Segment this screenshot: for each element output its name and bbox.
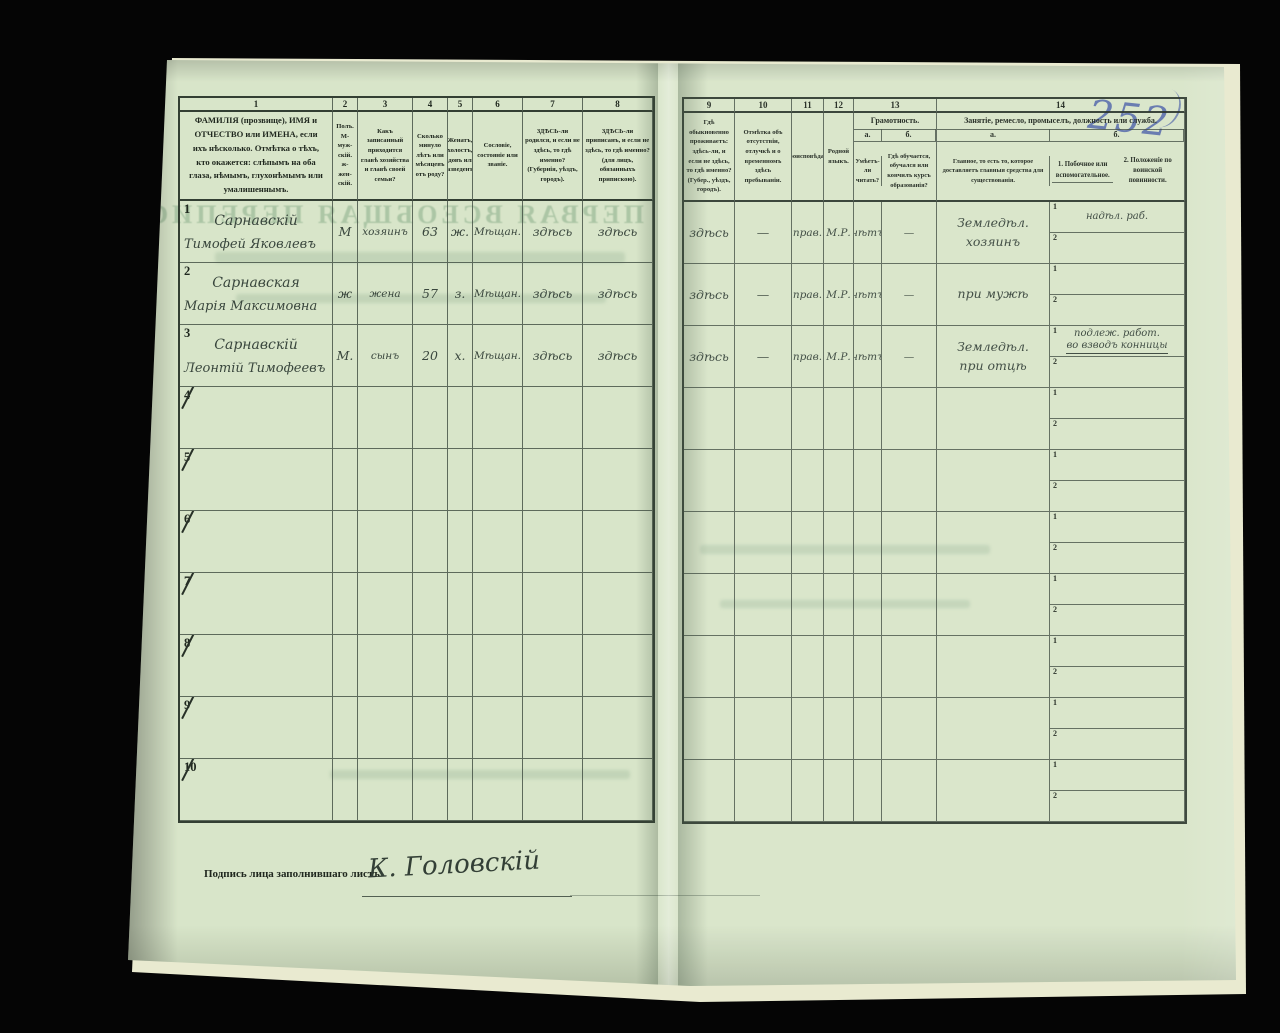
sub-row-label: 2 [1053,357,1057,366]
cell-age [413,387,448,449]
cell-occupation-main [937,636,1050,698]
cell-registration [583,511,653,573]
cell-marital [448,759,473,821]
header-literacy-a-label: а. [854,129,882,142]
cell-absence: — [735,202,792,264]
cell-relation: жена [358,263,413,325]
column-number: 6 [473,98,523,112]
sub-row-label: 2 [1053,791,1057,800]
cell-birthplace [523,449,583,511]
cell-registration [583,635,653,697]
cell-occupation-main [937,698,1050,760]
cell-relation: хозяинъ [358,201,413,263]
cell-sex: М. [333,325,358,387]
cell-age [413,511,448,573]
column-number: 8 [583,98,653,112]
paper-edge-shadow-left [118,0,178,1033]
occupation-side-sub2: 2 [1050,543,1184,574]
occupation-main-line2: хозяинъ [966,233,1020,252]
cell-estate [473,759,523,821]
side-occupation-line1: надѣл. раб. [1086,211,1148,224]
cell-relation [358,449,413,511]
column-number: 14 [937,99,1185,113]
sub-row-label: 2 [1053,481,1057,490]
cell-occupation-side: 1 2 [1050,760,1185,822]
occupation-side-sub2: 2 [1050,791,1184,822]
sub-row-label: 1 [1053,264,1057,273]
cell-language [824,574,854,636]
occupation-main-line1: Земледѣл. [957,214,1029,233]
header-occupation-main: Главное, то есть то, которое доставляетъ… [937,156,1050,187]
cell-name: 10 [180,759,333,821]
given-name-handwriting: Леонтій Тимофеевъ [182,361,330,376]
cell-religion [792,574,824,636]
cell-estate [473,697,523,759]
cell-religion: прав. [792,326,824,388]
cell-residence [684,388,735,450]
cell-marital: х. [448,325,473,387]
cell-literacy-school [882,574,937,636]
surname-handwriting: Сарнавская [182,275,330,291]
column-number: 1 [180,98,333,112]
cell-sex [333,759,358,821]
column-number: 5 [448,98,473,112]
cell-language [824,512,854,574]
header-sex: Полъ. М-муж-скій. ж-жен-скій. [333,112,358,201]
cell-residence [684,760,735,822]
cell-name: 1 Сарнавскій Тимофей Яковлевъ [180,201,333,263]
cell-language [824,450,854,512]
sub-row-label: 2 [1053,419,1057,428]
cell-name: 4 [180,387,333,449]
cell-literacy-school [882,760,937,822]
cell-registration: здѣсь [583,325,653,387]
cell-estate [473,635,523,697]
cell-birthplace: здѣсь [523,201,583,263]
occupation-side-sub1: 1 [1050,450,1184,481]
cell-occupation-main [937,450,1050,512]
column-number: 3 [358,98,413,112]
sub-row-label: 2 [1053,233,1057,242]
cell-estate: Мѣщан. [473,263,523,325]
cell-sex [333,511,358,573]
cell-sex: ж [333,263,358,325]
cell-name: 8 [180,635,333,697]
cell-occupation-main [937,574,1050,636]
given-name-handwriting: Тимофей Яковлевъ [182,237,330,252]
cell-relation [358,573,413,635]
cell-birthplace [523,387,583,449]
occupation-main-line1: Земледѣл. [957,338,1029,357]
cell-registration: здѣсь [583,201,653,263]
row-number: 9 [184,698,190,713]
header-literacy-read: Умѣетъ-ли читать? [854,156,882,187]
cell-age [413,759,448,821]
occupation-side-sub2: 2 [1050,419,1184,450]
column-number: 2 [333,98,358,112]
cell-residence [684,698,735,760]
cell-absence: — [735,264,792,326]
cell-marital [448,511,473,573]
occupation-side-sub1: 1 [1050,264,1184,295]
cell-relation [358,511,413,573]
cell-relation: сынъ [358,325,413,387]
occupation-side-sub2: 2 [1050,295,1184,326]
occupation-side-sub1: 1 [1050,636,1184,667]
cell-age: 57 [413,263,448,325]
header-birthplace: ЗДѢСЬ-ли родился, и если не здѣсь, то гд… [523,112,583,201]
cell-estate [473,387,523,449]
cell-estate: Мѣщан. [473,325,523,387]
cell-absence: — [735,326,792,388]
occupation-side-sub1: 1 [1050,388,1184,419]
sub-row-label: 1 [1053,326,1057,335]
cell-occupation-main [937,388,1050,450]
column-number: 4 [413,98,448,112]
cell-absence [735,388,792,450]
sub-row-label: 1 [1053,574,1057,583]
cell-age: 20 [413,325,448,387]
cell-residence [684,512,735,574]
header-occupation-title: Занятіе, ремесло, промыселъ, должность и… [937,113,1184,130]
cell-religion [792,636,824,698]
header-occupation-side-2: 2. Положеніе по воинской повинности. [1113,155,1182,188]
cell-religion [792,512,824,574]
cell-age [413,635,448,697]
cell-language [824,636,854,698]
cell-occupation-main: Земледѣл. при отцѣ [937,326,1050,388]
cell-sex [333,635,358,697]
surname-handwriting: Сарнавскій [182,213,330,229]
cell-literacy-read [854,574,882,636]
fold-crease-highlight [658,0,678,1033]
cell-name: 3 Сарнавскій Леонтій Тимофеевъ [180,325,333,387]
side-occupation-line2: во взводъ конницы [1066,340,1167,354]
occupation-side-sub2: 2 [1050,729,1184,760]
cell-registration [583,449,653,511]
cell-age [413,697,448,759]
sub-row-label: 1 [1053,760,1057,769]
cell-literacy-school: — [882,326,937,388]
cell-name: 6 [180,511,333,573]
column-number: 10 [735,99,792,113]
sub-row-label: 2 [1053,543,1057,552]
sub-row-label: 2 [1053,605,1057,614]
cell-occupation-side: 1 подлеж. работ. во взводъ конницы 2 [1050,326,1185,388]
cell-marital: ж. [448,201,473,263]
cell-religion [792,450,824,512]
header-registration: ЗДѢСЬ-ли приписанъ, и если не здѣсь, то … [583,112,653,201]
cell-literacy-school: — [882,264,937,326]
cell-estate: Мѣщан. [473,201,523,263]
cell-literacy-read [854,636,882,698]
cell-birthplace [523,511,583,573]
header-language: Родной языкъ. [824,113,854,202]
occupation-side-sub1: 1 [1050,698,1184,729]
occupation-side-sub1: 1 [1050,574,1184,605]
row-number: 2 [184,264,190,279]
signature-handwriting: К. Головскій [367,846,540,885]
cell-birthplace: здѣсь [523,325,583,387]
cell-occupation-main: Земледѣл. хозяинъ [937,202,1050,264]
cell-relation [358,759,413,821]
cell-birthplace [523,759,583,821]
cell-sex [333,697,358,759]
cell-language: М.Р. [824,264,854,326]
cell-language: М.Р. [824,202,854,264]
cell-residence [684,450,735,512]
header-absence: Отмѣтка объ отсутствіи, отлучкѣ и о врем… [735,113,792,202]
cell-birthplace [523,635,583,697]
cell-literacy-school [882,450,937,512]
cell-absence [735,574,792,636]
header-literacy-title: Грамотность. [854,113,936,130]
row-number: 4 [184,388,190,403]
column-number: 12 [824,99,854,113]
cell-absence [735,450,792,512]
cell-sex: М [333,201,358,263]
occupation-main-line1: при мужѣ [958,285,1029,304]
cell-literacy-read [854,388,882,450]
cell-literacy-school [882,698,937,760]
cell-residence: здѣсь [684,326,735,388]
sub-row-label: 2 [1053,729,1057,738]
row-number: 3 [184,326,190,341]
sub-row-label: 2 [1053,295,1057,304]
occupation-side-sub1: 1 подлеж. работ. во взводъ конницы [1050,326,1184,357]
column-number: 7 [523,98,583,112]
cell-name: 9 [180,697,333,759]
occupation-side-sub2: 2 [1050,667,1184,698]
cell-religion: прав. [792,202,824,264]
cell-marital [448,573,473,635]
cell-occupation-main [937,760,1050,822]
sub-row-label: 1 [1053,512,1057,521]
header-estate: Сословіе, состояніе или званіе. [473,112,523,201]
cell-relation [358,635,413,697]
header-occupation: Занятіе, ремесло, промыселъ, должность и… [937,113,1185,202]
census-table-left-page: 1 2 3 4 5 6 7 8 ФАМИЛІЯ (прозвище), ИМЯ … [178,96,655,823]
header-religion: Вѣроисповѣданіе. [792,113,824,202]
sub-row-label: 2 [1053,667,1057,676]
cell-occupation-side: 1 2 [1050,388,1185,450]
cell-occupation-side: 1 2 [1050,574,1185,636]
sub-row-label: 1 [1053,202,1057,211]
cell-language: М.Р. [824,326,854,388]
header-literacy: Грамотность. а. б. Умѣетъ-ли читать? Гдѣ… [854,113,937,202]
row-number: 8 [184,636,190,651]
cell-literacy-read: нѣтъ [854,202,882,264]
cell-religion [792,760,824,822]
cell-absence [735,760,792,822]
cell-language [824,760,854,822]
cell-literacy-read [854,512,882,574]
cell-language [824,698,854,760]
cell-literacy-school [882,512,937,574]
header-occupation-b-label: б. [1050,129,1184,142]
cell-sex [333,573,358,635]
cell-literacy-school [882,388,937,450]
cell-marital: з. [448,263,473,325]
cell-name: 5 [180,449,333,511]
occupation-side-sub2: 2 [1050,233,1184,264]
occupation-main-line2: при отцѣ [959,357,1026,376]
row-number: 1 [184,202,190,217]
cell-residence: здѣсь [684,264,735,326]
cell-literacy-read [854,450,882,512]
header-residence: Гдѣ обыкновенно проживаетъ: здѣсь-ли, и … [684,113,735,202]
sub-row-label: 1 [1053,388,1057,397]
cell-sex [333,449,358,511]
cell-residence: здѣсь [684,202,735,264]
sub-row-label: 1 [1053,636,1057,645]
row-number: 10 [184,760,197,775]
row-number: 5 [184,450,190,465]
cell-registration [583,387,653,449]
cell-occupation-main: при мужѣ [937,264,1050,326]
sub-row-label: 1 [1053,450,1057,459]
cell-literacy-read [854,760,882,822]
cell-occupation-side: 1 2 [1050,264,1185,326]
cell-language [824,388,854,450]
header-occupation-side: 1. Побочное или вспомогательное. 2. Поло… [1050,154,1184,189]
cell-birthplace [523,697,583,759]
cell-literacy-read: нѣтъ [854,326,882,388]
signature-underline [362,896,572,897]
occupation-side-sub1: 1 [1050,760,1184,791]
header-literacy-b-label: б. [882,129,936,142]
cell-occupation-side: 1 2 [1050,698,1185,760]
cell-literacy-read [854,698,882,760]
header-occupation-a-label: а. [937,129,1050,142]
cell-absence [735,698,792,760]
cell-residence [684,574,735,636]
cell-marital [448,449,473,511]
cell-occupation-side: 1 2 [1050,512,1185,574]
census-scan: ПЕРВАЯ ВСЕОБЩАЯ ПЕРЕПИСЬ 252 1 2 3 4 5 6… [0,0,1280,1033]
cell-relation [358,697,413,759]
header-surname: ФАМИЛІЯ (прозвище), ИМЯ и ОТЧЕСТВО или И… [180,112,333,201]
header-occupation-side-1: 1. Побочное или вспомогательное. [1052,159,1113,182]
occupation-side-sub1: 1 надѣл. раб. [1050,202,1184,233]
cell-literacy-read: нѣтъ [854,264,882,326]
side-occupation-line1: подлеж. работ. [1074,328,1160,341]
cell-age [413,573,448,635]
column-number: 13 [854,99,937,113]
cell-absence [735,512,792,574]
signature-underline-faint [570,895,760,896]
sub-row-label: 1 [1053,698,1057,707]
cell-registration: здѣсь [583,263,653,325]
signature-label: Подпись лица заполнившаго листъ [204,868,380,880]
header-relation: Какъ записанный приходится главѣ хозяйст… [358,112,413,201]
cell-marital [448,635,473,697]
paper-edge-shadow-top [0,52,1280,82]
cell-occupation-main [937,512,1050,574]
row-number: 6 [184,512,190,527]
census-table-right-page: 9 10 11 12 13 14 Гдѣ обыкновенно прожива… [682,97,1187,824]
cell-registration [583,759,653,821]
cell-religion [792,388,824,450]
cell-absence [735,636,792,698]
cell-residence [684,636,735,698]
cell-age [413,449,448,511]
cell-occupation-side: 1 надѣл. раб. 2 [1050,202,1185,264]
cell-occupation-side: 1 2 [1050,636,1185,698]
cell-birthplace: здѣсь [523,263,583,325]
cell-age: 63 [413,201,448,263]
cell-marital [448,697,473,759]
cell-name: 7 [180,573,333,635]
occupation-side-sub1: 1 [1050,512,1184,543]
cell-marital [448,387,473,449]
cell-religion: прав. [792,264,824,326]
cell-name: 2 Сарнавская Марія Максимовна [180,263,333,325]
column-number: 11 [792,99,824,113]
cell-relation [358,387,413,449]
header-marital: Женатъ, холостъ, вдовъ или разведенъ? [448,112,473,201]
header-literacy-school: Гдѣ обучается, обучался или кончилъ курс… [882,151,936,191]
surname-handwriting: Сарнавскій [182,337,330,353]
cell-religion [792,698,824,760]
occupation-side-sub2: 2 [1050,357,1184,388]
row-number: 7 [184,574,190,589]
cell-registration [583,697,653,759]
column-number: 9 [684,99,735,113]
cell-estate [473,573,523,635]
cell-sex [333,387,358,449]
occupation-side-sub2: 2 [1050,481,1184,512]
census-sheet: ПЕРВАЯ ВСЕОБЩАЯ ПЕРЕПИСЬ 252 1 2 3 4 5 6… [0,0,1280,1033]
cell-literacy-school [882,636,937,698]
given-name-handwriting: Марія Максимовна [182,299,330,314]
cell-registration [583,573,653,635]
cell-birthplace [523,573,583,635]
cell-estate [473,511,523,573]
header-age: Сколько минуло лѣтъ или мѣсяцевъ отъ род… [413,112,448,201]
occupation-side-sub2: 2 [1050,605,1184,636]
cell-literacy-school: — [882,202,937,264]
cell-estate [473,449,523,511]
cell-occupation-side: 1 2 [1050,450,1185,512]
